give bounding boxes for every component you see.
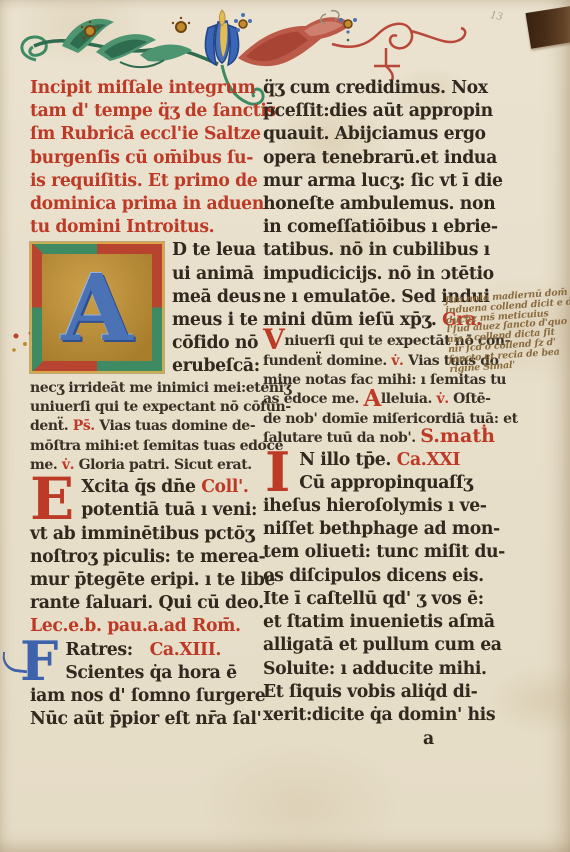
body-text: tem oliueti: tunc miſit du- (263, 542, 505, 562)
text-line: Et ſiquis vobis aliq̇d di- (263, 681, 495, 704)
text-line: meā deus (172, 286, 261, 309)
right-text-column: q̈ʒ cum credidimus. Noxp̄ceſſit:dies aūt… (263, 77, 495, 751)
text-line: a (263, 728, 495, 751)
text-line: potentiā tuā ı veni: (81, 499, 257, 522)
text-line: meus i te (172, 309, 261, 332)
text-line: Incipit miſſale integrum (30, 77, 262, 100)
lines-beside-initial: N illo tp̄e. Ca.XXICū appropinquaſſʒ (299, 449, 472, 495)
gold-bezant-icon (172, 17, 190, 32)
initial-glyph: E (30, 476, 74, 523)
text-line: N illo tp̄e. Ca.XXI (299, 449, 472, 472)
text-line: tatibus. nō in cubilibus ı (263, 239, 495, 262)
text-line: noſtroʒ piculis: te merea- (30, 546, 262, 569)
manuscript-page: 13 Incipit miſſale integrumtam d' tempe … (0, 0, 570, 852)
blue-rosette-icon (321, 11, 357, 42)
text-line: os diſcipulos dicens eis. (263, 565, 495, 588)
body-text: xerit:dicite q̇a domin' his (263, 705, 495, 725)
text-line: tem oliueti: tunc miſit du- (263, 541, 495, 564)
text-line: necʒ irrideāt me inimici mei:eteniʒ (30, 379, 262, 398)
text-line: tam d' tempe q̈ʒ de ſanctis (30, 100, 262, 123)
rubric-text: dominica prima in aduen (30, 194, 264, 214)
body-text: mur arma lucʒ: ſic vt ī die (263, 171, 503, 191)
rubric-text: ſm Rubricā eccl'ie Saltze (30, 124, 261, 144)
text-line: mur p̄tegēte eripi. ı te libe (30, 569, 262, 592)
body-text: mine notas fac mihi: ı ſemitas tu (263, 372, 506, 388)
text-line: iheſus hieroſolymis ı ve- (263, 495, 495, 518)
body-text: alligatā et pullum cum ea (263, 635, 502, 655)
left-text-column: Incipit miſſale integrumtam d' tempe q̈ʒ… (30, 77, 262, 732)
text-line: p̄ceſſit:dies aūt appropin (263, 100, 495, 123)
body-text: erubeſcā: (172, 356, 260, 376)
body-text: q̈ʒ cum credidimus. Nox (263, 78, 488, 98)
text-line: mōſtra mihi:et ſemitas tuas edoce (30, 437, 262, 456)
text-block: iheſus hieroſolymis ı ve-niſſet bethphag… (263, 495, 495, 751)
body-text: Cū appropinquaſſʒ (299, 473, 472, 493)
body-text: Nūc aūt p̄pior eſt nr̄a ſal' (30, 709, 261, 729)
blue-rosette-icon (234, 13, 252, 32)
body-text: Soluite: ı adducite mihi. (263, 659, 487, 679)
rubric-text: Lec.e.b. pau.a.ad Rom̄. (30, 616, 241, 636)
body-text: rante ſaluari. Qui cū deo. (30, 593, 264, 613)
book-clasp-edge (525, 5, 570, 48)
body-text: uniuerſi qui te expectant nō cōfun- (30, 399, 291, 415)
rubric-text: v̇. (436, 391, 453, 407)
rubric-text: Ca.XXI (397, 450, 460, 470)
initial-glyph: I (263, 449, 292, 495)
body-text: a (423, 729, 434, 749)
initial-row: IN illo tp̄e. Ca.XXICū appropinquaſſʒ (263, 449, 495, 495)
rubric-text: Ca.XIII. (150, 640, 221, 660)
text-line: impudicicijs. nō in ɔtētio (263, 263, 495, 286)
text-block: necʒ irrideāt me inimici mei:eteniʒuniue… (30, 379, 262, 476)
body-text: iheſus hieroſolymis ı ve- (263, 496, 487, 516)
body-text: et ſtatim inuenietis aſmā (263, 612, 495, 632)
text-line: cōfido nō (172, 332, 261, 355)
body-text: lleluia. (381, 391, 437, 407)
text-line: alligatā et pullum cum ea (263, 634, 495, 657)
body-text: niſſet bethphage ad mon- (263, 519, 500, 539)
rubric-text: tam d' tempe q̈ʒ de ſanctis (30, 101, 276, 121)
text-block: vt ab imminētibus pctōʒnoſtroʒ piculis: … (30, 523, 262, 639)
body-text: os diſcipulos dicens eis. (263, 566, 484, 586)
body-text: Scientes q̇a hora ē (65, 663, 236, 683)
initial-glyph: F (20, 639, 58, 684)
text-line: Cū appropinquaſſʒ (299, 472, 472, 495)
tulip-icon (205, 10, 238, 65)
body-text: mini dūm ieſū xp̄ʒ. (263, 310, 442, 330)
text-line: ſm Rubricā eccl'ie Saltze (30, 123, 262, 146)
body-text: Gloria patri. Sicut erat. (79, 457, 252, 473)
body-text: denẗ. (30, 418, 73, 434)
body-text: quauit. Abijciamus ergo (263, 124, 486, 144)
body-text: fundenẗ domine. (263, 353, 391, 369)
lines-beside-initial: D te leuaui animāmeā deusmeus i tecōfido… (172, 239, 261, 378)
body-text: D te leua (172, 240, 256, 260)
text-line: Xcita q̄s dn̄e Coll'. (81, 476, 257, 499)
body-text: N illo tp̄e. (299, 450, 396, 470)
body-text: potentiā tuā ı veni: (81, 500, 257, 520)
text-line: denẗ. Ps̄. Vias tuas domine de- (30, 417, 262, 436)
text-line: Scientes q̇a hora ē (65, 662, 236, 685)
marginalia-note: Jtm nota madiernū dom̄induena collend di… (444, 288, 570, 375)
pencil-foliation-number: 13 (489, 11, 503, 23)
initial-row: FRatres: Ca.XIII.Scientes q̇a hora ē (30, 639, 262, 685)
initial-letter-F: F (20, 639, 58, 684)
lines-beside-initial: Ratres: Ca.XIII.Scientes q̇a hora ē (65, 639, 236, 685)
text-line: Lec.e.b. pau.a.ad Rom̄. (30, 615, 262, 638)
text-line: Nūc aūt p̄pior eſt nr̄a ſal' (30, 708, 262, 731)
lines-beside-initial: Xcita q̄s dn̄e Coll'.potentiā tuā ı veni… (81, 476, 257, 522)
text-line: as edoce me. Alleluia. v̇. Oſtē- (263, 390, 495, 409)
initial-letter-E: E (30, 476, 74, 523)
red-acanthus-icon (238, 17, 352, 66)
body-text: Ite ī caſtellū qd' ʒ vos ē: (263, 589, 484, 609)
text-line: ui animā (172, 263, 261, 286)
body-text: Oſtē- (453, 391, 490, 407)
text-line: erubeſcā: (172, 355, 261, 378)
text-line: uniuerſi qui te expectant nō cōfun- (30, 398, 262, 417)
body-text: Xcita q̄s dn̄e (81, 477, 201, 497)
initial-letter-I: I (263, 449, 292, 495)
body-text: mur p̄tegēte eripi. ı te libe (30, 570, 275, 590)
text-line: in comeſſatiōibus ı ebrie- (263, 216, 495, 239)
body-text: Et ſiquis vobis aliq̇d di- (263, 682, 477, 702)
body-text: in comeſſatiōibus ı ebrie- (263, 217, 498, 237)
rubric-text: Ps̄. (73, 418, 100, 434)
body-text: Vias tuas domine de- (99, 418, 255, 434)
text-line: xerit:dicite q̇a domin' his (263, 704, 495, 727)
text-block: Incipit miſſale integrumtam d' tempe q̈ʒ… (30, 77, 262, 239)
rubric-text: Coll'. (201, 477, 248, 497)
rubric-text: tu domini Introitus. (30, 217, 214, 237)
text-line: burgenſis cū om̄ibus ſu- (30, 147, 262, 170)
body-text: impudicicijs. nō in ɔtētio (263, 264, 494, 284)
text-line: tu domini Introitus. (30, 216, 262, 239)
body-text: tatibus. nō in cubilibus ı (263, 240, 490, 260)
text-line: iam nos d' ſomno ſurgere (30, 685, 262, 708)
initial-glyph: A (42, 254, 152, 361)
rubric-text: S.matḣ (420, 425, 495, 447)
gold-bezant-icon (81, 21, 99, 39)
text-line: D te leua (172, 239, 261, 262)
text-line: honeſte ambulemus. non (263, 193, 495, 216)
initial-row: AD te leuaui animāmeā deusmeus i tecōfid… (30, 239, 262, 378)
rubric-text: v̇. (391, 353, 408, 369)
rubric-text: Incipit miſſale integrum (30, 78, 255, 98)
body-text: noſtroʒ piculis: te merea- (30, 547, 265, 567)
body-text: meā deus (172, 287, 261, 307)
body-text: ui animā (172, 264, 254, 284)
initial-letter-A: A (30, 242, 164, 373)
rubric-text: burgenſis cū om̄ibus ſu- (30, 148, 253, 168)
text-line: opera tenebrarū.et indua (263, 147, 495, 170)
body-text: vt ab imminētibus pctōʒ (30, 524, 254, 544)
text-line: q̈ʒ cum credidimus. Nox (263, 77, 495, 100)
text-line: dominica prima in aduen (30, 193, 262, 216)
text-line: rante ſaluari. Qui cū deo. (30, 592, 262, 615)
text-line: Soluite: ı adducite mihi. (263, 658, 495, 681)
initial-row: EXcita q̄s dn̄e Coll'.potentiā tuā ı ven… (30, 476, 262, 523)
body-text: p̄ceſſit:dies aūt appropin (263, 101, 493, 121)
body-text: necʒ irrideāt me inimici mei:eteniʒ (30, 380, 291, 396)
text-line: mur arma lucʒ: ſic vt ī die (263, 170, 495, 193)
body-text: Ratres: (65, 640, 149, 660)
body-text: opera tenebrarū.et indua (263, 148, 497, 168)
green-acanthus-icon (22, 19, 218, 67)
body-text: honeſte ambulemus. non (263, 194, 495, 214)
body-text: iam nos d' ſomno ſurgere (30, 686, 265, 706)
body-text: meus i te (172, 310, 258, 330)
text-block: iam nos d' ſomno ſurgereNūc aūt p̄pior e… (30, 685, 262, 731)
text-line: ſalutare tuū da nob'. S.matḣ (263, 429, 495, 448)
text-line: Ite ī caſtellū qd' ʒ vos ē: (263, 588, 495, 611)
body-text: mōſtra mihi:et ſemitas tuas edoce (30, 438, 283, 454)
text-line: et ſtatim inuenietis aſmā (263, 611, 495, 634)
text-line: Ratres: Ca.XIII. (65, 639, 236, 662)
body-text: cōfido nō (172, 333, 258, 353)
rubric-text: is requiſitis. Et primo de (30, 171, 257, 191)
rubric-text: A (363, 385, 380, 412)
text-line: is requiſitis. Et primo de (30, 170, 262, 193)
pen-flourish-icon (332, 24, 465, 80)
text-line: quauit. Abijciamus ergo (263, 123, 495, 146)
text-line: niſſet bethphage ad mon- (263, 518, 495, 541)
text-line: vt ab imminētibus pctōʒ (30, 523, 262, 546)
body-text: as edoce me. (263, 391, 363, 407)
